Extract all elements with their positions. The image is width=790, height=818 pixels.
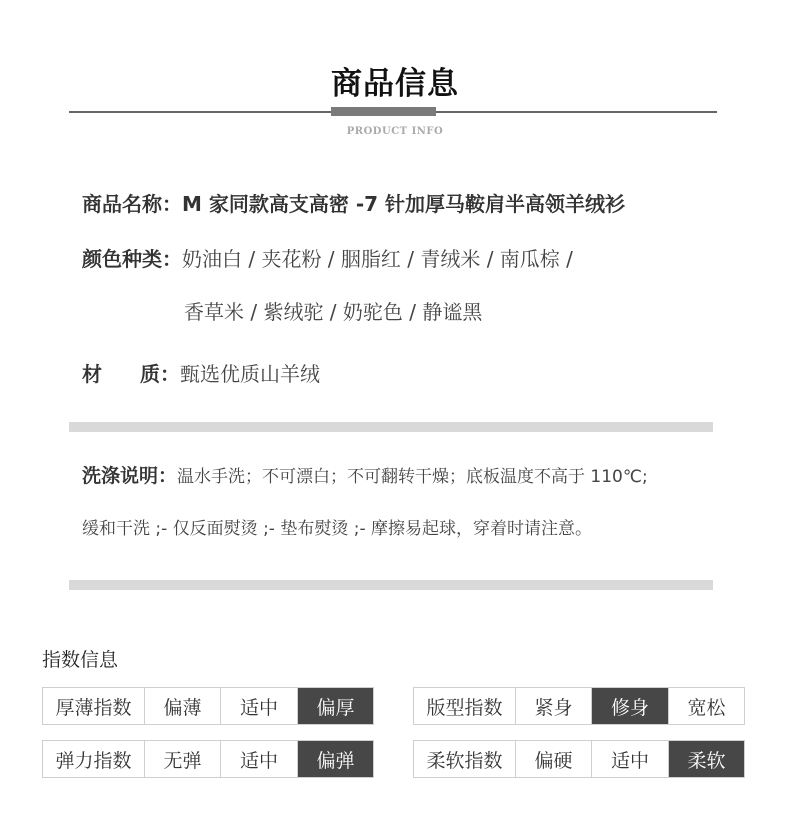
index-option-selected: 偏弹 bbox=[297, 741, 373, 777]
index-name: 版型指数 bbox=[414, 688, 515, 724]
wash-line1: 温水手洗；不可漂白；不可翻转干燥；底板温度不高于 110℃; bbox=[177, 467, 648, 487]
index-option-selected: 偏厚 bbox=[297, 688, 373, 724]
index-option-selected: 柔软 bbox=[668, 741, 744, 777]
index-option: 偏薄 bbox=[144, 688, 220, 724]
color-values-line2: 香草米 / 紫绒驼 / 奶驼色 / 静谧黑 bbox=[184, 296, 482, 325]
wash-row: 洗涤说明：温水手洗；不可漂白；不可翻转干燥；底板温度不高于 110℃; bbox=[82, 461, 648, 488]
wash-line2: 缓和干洗 ;- 仅反面熨烫 ;- 垫布熨烫 ;- 摩擦易起球，穿着时请注意。 bbox=[82, 514, 592, 539]
color-values-line1: 奶油白 / 夹花粉 / 胭脂红 / 青绒米 / 南瓜棕 / bbox=[182, 247, 573, 271]
index-option: 紧身 bbox=[515, 688, 591, 724]
index-option: 适中 bbox=[220, 741, 297, 777]
title-accent-bar bbox=[331, 107, 436, 116]
index-name: 厚薄指数 bbox=[43, 688, 144, 724]
index-option: 无弹 bbox=[144, 741, 220, 777]
index-softness: 柔软指数 偏硬 适中 柔软 bbox=[413, 740, 745, 778]
index-thickness: 厚薄指数 偏薄 适中 偏厚 bbox=[42, 687, 374, 725]
index-name: 柔软指数 bbox=[414, 741, 515, 777]
index-option: 偏硬 bbox=[515, 741, 591, 777]
index-option: 宽松 bbox=[668, 688, 744, 724]
index-option: 适中 bbox=[220, 688, 297, 724]
section-divider-bar bbox=[69, 580, 713, 590]
product-name-label: 商品名称： bbox=[82, 192, 182, 216]
index-fit: 版型指数 紧身 修身 宽松 bbox=[413, 687, 745, 725]
index-option: 适中 bbox=[591, 741, 668, 777]
section-divider-bar bbox=[69, 422, 713, 432]
material-label-a: 材 bbox=[82, 362, 102, 386]
index-section-title: 指数信息 bbox=[42, 645, 118, 672]
index-option-selected: 修身 bbox=[591, 688, 668, 724]
material-value: 甄选优质山羊绒 bbox=[180, 362, 320, 386]
wash-label: 洗涤说明： bbox=[82, 465, 177, 487]
index-elasticity: 弹力指数 无弹 适中 偏弹 bbox=[42, 740, 374, 778]
color-label: 颜色种类： bbox=[82, 247, 182, 271]
product-name-row: 商品名称：M 家同款高支高密 -7 针加厚马鞍肩半高领羊绒衫 bbox=[82, 188, 625, 217]
product-name-value: M 家同款高支高密 -7 针加厚马鞍肩半高领羊绒衫 bbox=[182, 192, 625, 216]
page-subtitle: PRODUCT INFO bbox=[0, 126, 790, 137]
material-label-b: 质： bbox=[140, 362, 180, 386]
index-name: 弹力指数 bbox=[43, 741, 144, 777]
page-title: 商品信息 bbox=[0, 58, 790, 103]
material-row: 材质：甄选优质山羊绒 bbox=[82, 358, 320, 387]
color-row: 颜色种类：奶油白 / 夹花粉 / 胭脂红 / 青绒米 / 南瓜棕 / bbox=[82, 243, 573, 272]
